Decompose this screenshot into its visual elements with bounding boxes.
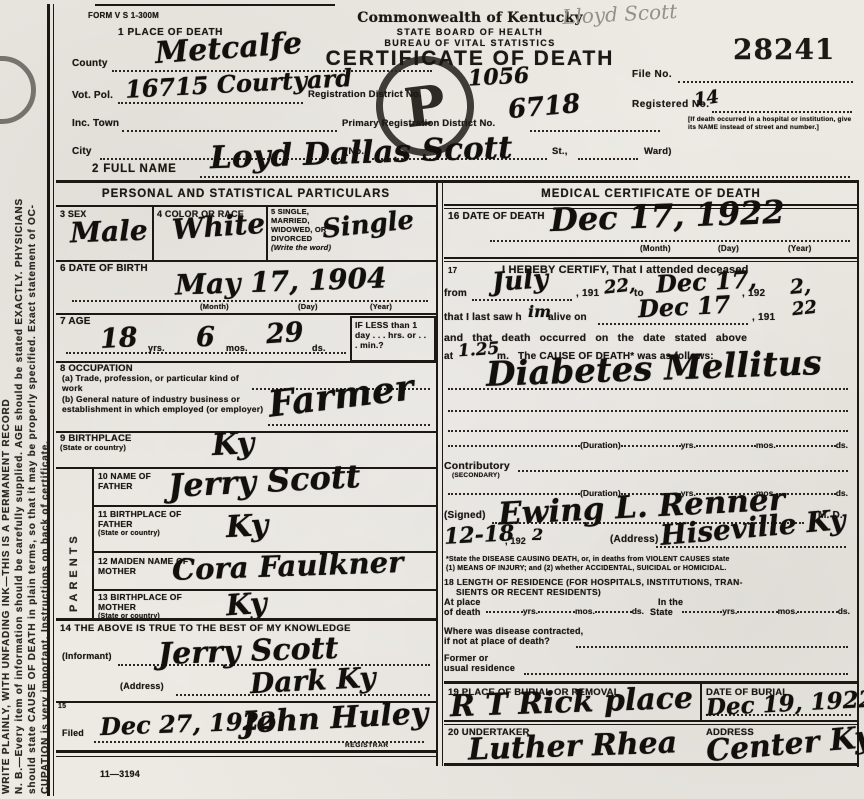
section-rule: [56, 618, 436, 621]
dotted-line: [595, 611, 632, 613]
dob-value: May 17, 1904: [175, 264, 387, 299]
margin-instruction-line3: should state CAUSE OF DEATH in plain ter…: [27, 204, 38, 794]
yrs-unit: yrs.: [523, 606, 538, 616]
lastsaw-print-label: that I last saw h: [444, 312, 522, 324]
dotted-line: [490, 240, 850, 242]
cause-footnote-line2: (1) MEANS OF INJURY; and (2) whether ACC…: [446, 565, 856, 573]
informant-label: (Informant): [62, 651, 112, 662]
dotted-line: [538, 611, 575, 613]
dotted-line: [472, 299, 572, 301]
lastsaw-date-value: Dec 17: [637, 293, 731, 322]
cell-divider: [152, 207, 154, 260]
bottom-rule-left: [56, 750, 436, 753]
dotted-line: [518, 470, 848, 472]
full-name-label: 2 FULL NAME: [92, 163, 177, 177]
residence-label-line2: SIENTS OR RECENT RESIDENTS): [456, 587, 601, 597]
yrs-unit: yrs.: [722, 606, 737, 616]
marital-value: Single: [321, 207, 415, 242]
city-st-label: St.,: [552, 146, 568, 157]
signed-label: (Signed): [444, 510, 486, 522]
dotted-line: [448, 430, 848, 432]
father-birthplace-value: Ky: [225, 511, 269, 543]
age-days-value: 29: [265, 319, 304, 349]
certify-from-label: from: [444, 288, 467, 300]
dotted-line: [530, 130, 660, 132]
dotted-line: [682, 611, 722, 613]
if-less-text: IF LESS than 1 day . . . hrs. or . . . m…: [352, 318, 434, 352]
ds-unit: ds.: [838, 606, 850, 616]
birthplace-value: Ky: [211, 429, 255, 461]
attended-from-value: July: [491, 266, 549, 296]
column-divider-outer: [436, 181, 438, 766]
serial-number: 28241: [733, 33, 835, 66]
if-less-box: IF LESS than 1 day . . . hrs. or . . . m…: [350, 316, 436, 362]
burial-cell-divider: [700, 684, 702, 720]
parents-vertical-label: PARENTS: [68, 532, 80, 612]
frame-right: [857, 181, 859, 767]
day-caption: (Day): [718, 244, 739, 253]
header-divider: [56, 180, 859, 183]
dotted-line: [200, 176, 850, 178]
occupation-a-label: (a) Trade, profession, or particular kin…: [62, 373, 252, 393]
filed-label: Filed: [62, 728, 84, 739]
duration-row-primary: (Duration) yrs. mos. ds.: [448, 436, 848, 450]
dotted-line: [776, 493, 836, 495]
signature-year-print: , 192: [505, 536, 526, 547]
occupation-value: Farmer: [266, 369, 415, 423]
lastsaw-year-value: 22: [791, 299, 818, 320]
dotted-line: [578, 158, 638, 160]
month-caption: (Month): [200, 303, 229, 312]
former-label-2: usual residence: [444, 663, 515, 674]
duration-label: (Duration): [580, 440, 621, 450]
primary-district-value: 6718: [507, 91, 581, 123]
row-rule-2: [444, 261, 858, 262]
secondary-caption: (SECONDARY): [452, 472, 500, 480]
state-board-heading: STATE BOARD OF HEALTH: [315, 27, 625, 38]
death-certificate-scan: WRITE PLAINLY, WITH UNFADING INK—THIS IS…: [0, 0, 864, 799]
day-caption: (Day): [298, 303, 318, 312]
contracted-label-2: if not at place of death?: [444, 636, 550, 647]
margin-instruction-line1: WRITE PLAINLY, WITH UNFADING INK—THIS IS…: [1, 398, 12, 794]
mos-unit: mos.: [778, 606, 798, 616]
father-name-value: Jerry Scott: [167, 460, 361, 502]
physician-address-label: (Address): [610, 534, 658, 546]
certify-row-number: 17: [448, 266, 457, 275]
dotted-line: [268, 424, 430, 426]
mother-birthplace-label: 13 BIRTHPLACE OF MOTHER: [98, 592, 208, 612]
mother-maiden-value: Cora Faulkner: [172, 548, 404, 585]
inc-town-label: Inc. Town: [72, 118, 119, 130]
residence-units-state: yrs. mos. ds.: [682, 602, 850, 616]
frame-left-inner: [53, 4, 54, 796]
informant-address-label: (Address): [120, 681, 164, 692]
dotted-line: [448, 445, 580, 447]
race-value: White: [171, 210, 266, 244]
margin-instruction-line2: N. B.—Every item of information should b…: [14, 198, 25, 794]
alive-on-label: alive on: [548, 312, 587, 324]
voting-precinct-label: Vot. Pol.: [72, 90, 113, 102]
sex-value: Male: [70, 217, 149, 248]
age-years-unit: yrs.: [148, 343, 165, 354]
city-ward-label: Ward): [644, 146, 672, 157]
personal-section-title: PERSONAL AND STATISTICAL PARTICULARS: [56, 188, 436, 202]
age-label: 7 AGE: [60, 316, 91, 328]
row-rule: [444, 257, 858, 259]
informant-address-value: Dark Ky: [249, 664, 376, 699]
contributory-label: Contributory: [444, 460, 510, 472]
primary-district-label: Primary Registration District No.: [342, 118, 495, 129]
dotted-line: [598, 323, 748, 325]
year-caption: (Year): [370, 303, 392, 312]
row-rule: [56, 313, 436, 315]
father-birthplace-note: (State or country): [98, 530, 160, 538]
county-label: County: [72, 58, 108, 70]
parents-strip-divider: [92, 467, 94, 619]
dotted-line: [776, 445, 836, 447]
at-label: at: [444, 351, 453, 363]
birthplace-note: (State or country): [60, 444, 126, 453]
dotted-line: [486, 611, 523, 613]
dotted-line: [448, 388, 848, 390]
file-no-label: File No.: [632, 69, 672, 81]
dotted-line: [524, 673, 848, 675]
full-name-value: Loyd Dallas Scott: [210, 133, 513, 175]
registration-district-label: Registration District No.: [308, 89, 422, 100]
ds-unit: ds.: [836, 440, 848, 450]
dotted-line: [122, 130, 337, 132]
registrar-signature: John Huley: [241, 699, 429, 739]
dotted-line: [576, 646, 848, 648]
row-rule: [444, 720, 858, 722]
registered-no-value: 14: [693, 88, 720, 109]
hospital-note: [If death occurred in a hospital or inst…: [688, 116, 860, 133]
burial-place-value: R T Rick place: [450, 684, 694, 722]
cause-of-death-value: Diabetes Mellitus: [486, 346, 823, 392]
row-rule: [92, 505, 436, 507]
attended-from-year: 22,: [603, 276, 636, 297]
p-stamp-letter: P: [401, 72, 449, 140]
mother-birthplace-value: Ky: [225, 589, 268, 621]
year-191-print: , 191: [576, 288, 599, 300]
city-label: City: [72, 146, 92, 158]
form-code: FORM V S 1-300M: [88, 11, 159, 20]
date-of-death-label: 16 DATE OF DEATH: [448, 211, 545, 223]
yrs-unit: yrs.: [681, 440, 696, 450]
dotted-line: [737, 611, 777, 613]
dotted-line: [621, 445, 681, 447]
cell-divider: [266, 207, 268, 260]
pencil-annotation: Lloyd Scott: [562, 1, 678, 27]
section-rule: [56, 205, 436, 207]
age-months-value: 6: [196, 324, 215, 351]
state-label: State: [650, 607, 673, 618]
row-rule-2: [444, 724, 858, 725]
father-birthplace-label: 11 BIRTHPLACE OF FATHER: [98, 509, 208, 529]
left-stamp-fragment: [0, 56, 36, 124]
plate-number: 11—3194: [100, 769, 140, 780]
filed-row-number: 15: [58, 703, 66, 711]
dotted-line: [448, 410, 848, 412]
frame-left-outer: [47, 4, 50, 796]
undertaker-value: Luther Rhea: [468, 728, 678, 765]
attended-to-year: 2,: [789, 275, 812, 297]
dotted-line: [797, 611, 837, 613]
age-months-unit: mos.: [226, 343, 248, 354]
date-of-death-value: Dec 17, 1922: [550, 196, 786, 236]
year-191b-print: , 191: [752, 312, 775, 324]
year-192-print: , 192: [742, 288, 765, 300]
year-caption: (Year): [788, 244, 811, 253]
dob-label: 6 DATE OF BIRTH: [60, 263, 148, 275]
occupation-b-label: (b) General nature of industry business …: [62, 394, 267, 414]
at-place-label-2: of death: [444, 607, 481, 618]
age-days-unit: ds.: [312, 343, 326, 354]
signature-year-hw: 2: [532, 527, 543, 543]
age-years-value: 18: [99, 324, 138, 353]
mos-unit: mos.: [575, 606, 595, 616]
dotted-line: [712, 111, 852, 113]
frame-top-fragment: [95, 4, 335, 6]
residence-units-place: yrs. mos. ds.: [486, 602, 644, 616]
cause-footnote-line1: *State the DISEASE CAUSING DEATH, or, in…: [446, 556, 856, 564]
bottom-rule-right: [444, 763, 858, 766]
mos-unit: mos.: [756, 440, 776, 450]
dotted-line: [678, 81, 853, 83]
column-divider-inner: [442, 181, 443, 766]
dotted-line: [696, 445, 756, 447]
month-caption: (Month): [640, 244, 671, 253]
ds-unit: ds.: [632, 606, 644, 616]
county-value: Metcalfe: [154, 29, 303, 69]
bottom-rule-left-2: [56, 756, 436, 757]
registration-district-value: 1056: [467, 64, 529, 89]
ds-unit: ds.: [836, 488, 848, 498]
marital-note: (Write the word): [271, 244, 331, 253]
registrar-caption: REGISTRAR: [345, 742, 389, 750]
residence-label-line1: 18 LENGTH OF RESIDENCE (FOR HOSPITALS, I…: [444, 577, 743, 587]
